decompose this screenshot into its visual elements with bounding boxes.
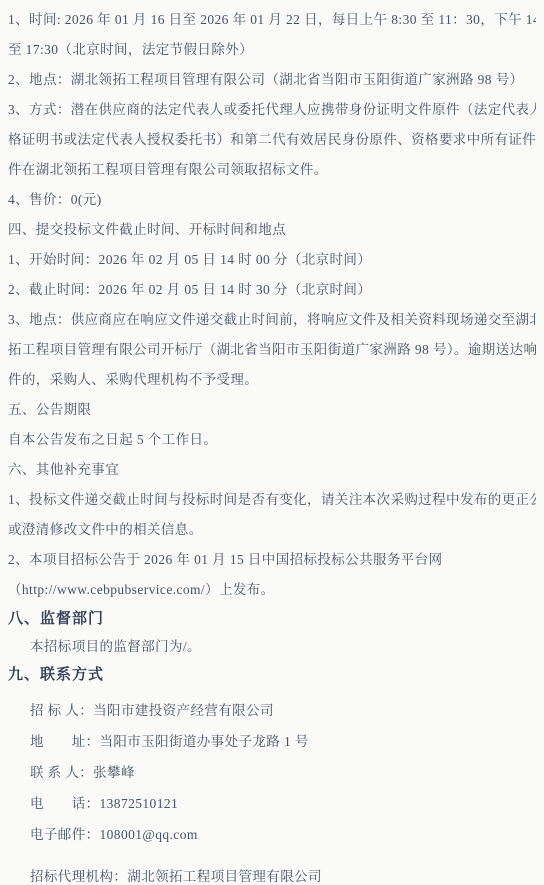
document-page: 1、时间: 2026 年 01 月 16 日至 2026 年 01 月 22 日…: [0, 0, 544, 885]
section-heading-8-supervision: 八、监督部门: [8, 605, 536, 633]
paragraph-submit-location-cont-2: 件的，采购人、采购代理机构不予受理。: [8, 365, 536, 395]
paragraph-announcement-period: 自本公告发布之日起 5 个工作日。: [8, 425, 536, 455]
paragraph-method-cont-2: 件在湖北领拓工程项目管理有限公司领取招标文件。: [8, 155, 536, 185]
contact-phone: 电 话：13872510121: [8, 788, 536, 819]
contact-person: 联 系 人：张攀峰: [8, 757, 536, 788]
paragraph-supplement-1-cont: 或澄清修改文件中的相关信息。: [8, 515, 536, 545]
paragraph-supplement-1: 1、投标文件递交截止时间与投标时间是否有变化，请关注本次采购过程中发布的更正公告: [8, 485, 536, 515]
paragraph-method: 3、方式：潜在供应商的法定代表人或委托代理人应携带身份证明文件原件（法定代表人资: [8, 95, 536, 125]
paragraph-start-time: 1、开始时间：2026 年 02 月 05 日 14 时 00 分（北京时间）: [8, 245, 536, 275]
paragraph-supplement-2-url: （http://www.cebpubservice.com/）上发布。: [8, 575, 536, 605]
paragraph-submit-location: 3、地点：供应商应在响应文件递交截止时间前，将响应文件及相关资料现场递交至湖北领: [8, 305, 536, 335]
section-heading-5: 五、公告期限: [8, 395, 536, 425]
contact-address: 地 址：当阳市玉阳街道办事处子龙路 1 号: [8, 726, 536, 757]
section-heading-9-contact: 九、联系方式: [8, 661, 536, 689]
paragraph-submit-location-cont-1: 拓工程项目管理有限公司开标厅（湖北省当阳市玉阳街道广家洲路 98 号）。逾期送达…: [8, 335, 536, 365]
paragraph-time: 1、时间: 2026 年 01 月 16 日至 2026 年 01 月 22 日…: [8, 5, 536, 35]
agency-line: 招标代理机构：湖北领拓工程项目管理有限公司: [8, 862, 536, 885]
paragraph-deadline: 2、截止时间：2026 年 02 月 05 日 14 时 30 分（北京时间）: [8, 275, 536, 305]
section-heading-4: 四、提交投标文件截止时间、开标时间和地点: [8, 215, 536, 245]
contact-tenderer: 招 标 人：当阳市建投资产经营有限公司: [8, 695, 536, 726]
paragraph-price: 4、售价：0(元): [8, 185, 536, 215]
paragraph-method-cont-1: 格证明书或法定代表人授权委托书）和第二代有效居民身份原件、资格要求中所有证件复印: [8, 125, 536, 155]
paragraph-location: 2、地点：湖北领拓工程项目管理有限公司（湖北省当阳市玉阳街道广家洲路 98 号）: [8, 65, 536, 95]
section-heading-6: 六、其他补充事宜: [8, 455, 536, 485]
paragraph-supplement-2: 2、本项目招标公告于 2026 年 01 月 15 日中国招标投标公共服务平台网: [8, 545, 536, 575]
paragraph-supervision-dept: 本招标项目的监督部门为/。: [8, 633, 536, 661]
contact-email: 电子邮件：108001@qq.com: [8, 819, 536, 850]
paragraph-time-cont: 至 17:30（北京时间，法定节假日除外）: [8, 35, 536, 65]
